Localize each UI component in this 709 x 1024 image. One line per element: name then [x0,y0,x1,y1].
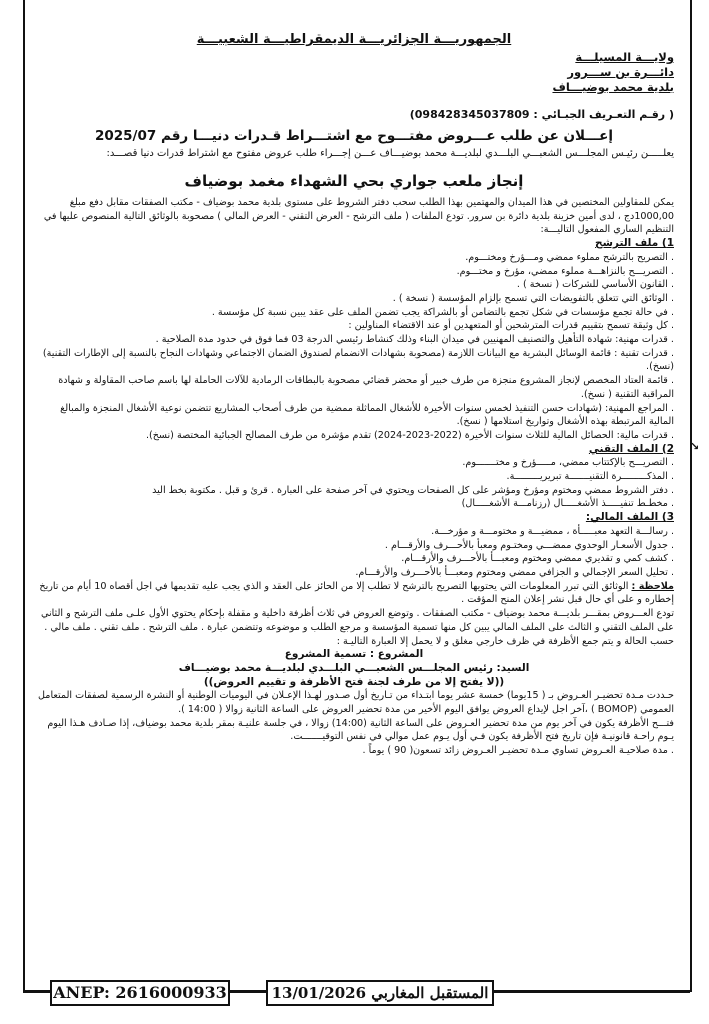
notice-title: إعـــلان عن طلب عـــروض مفتـــوح مع اشتـ… [30,128,678,144]
note-text: الوثائق التي تبرر المعلومات التي يحتويها… [39,581,674,606]
notice-body: يمكن للمقاولين المختصين في هذا الميدان و… [34,196,674,758]
list-item: . التصريح بالترشح مملوء ممضي ومـــؤرخ وم… [34,251,674,265]
validity-paragraph: . مدة صلاحيـة العـروض تساوي مـدة تحضيـر … [34,744,674,758]
envelope-project-label: المشروع : تسمية المشروع [34,648,674,662]
envelope-do-not-open: ((لا يفتح إلا من طرف لجنة فتح الأظرفة و … [34,676,674,690]
list-item: . رسالـــة التعهد معبـــــأة ، ممضيـــة … [34,525,674,539]
note-label: ملاحظة : [632,581,674,592]
list-item: . مخطـط تنفيـــــذ الأشغـــــال (رزنامــ… [34,497,674,511]
list-item: . قائمة العتاد المخصص لإنجاز المشروع منج… [34,374,674,401]
list-item: . القانون الأساسي للشركات ( نسخة ) . [34,278,674,292]
list-item: . التصريـــح بالنزاهـــة مملوء ممضي، مؤر… [34,265,674,279]
footer-line-left [23,991,53,993]
opening-paragraph: فتـــح الأظرفة يكون في آخر يوم من مدة تح… [34,717,674,744]
deposit-paragraph: تودع العـــروض بمقـــر بلديـــة محمد بوض… [34,607,674,648]
publication-footer: ANEP: 2616000933 المستقبل المغاربي 13/01… [0,980,709,1020]
footer-line-middle [228,991,268,993]
list-item: . قدرات تقنية : قائمة الوسائل البشرية مع… [34,347,674,374]
list-item: . التصريـــح بالإكتتاب ممضي، مـــــؤرخ و… [34,456,674,470]
list-item: . قدرات مهنية: شهادة التأهيل والتصنيف ال… [34,333,674,347]
list-item: . في حالة تجمع مؤسسات في شكل تجمع بالتضا… [34,306,674,320]
notice-intro: يعلـــــن رئيـس المجلـــس الشعبـــي البل… [34,148,674,159]
conditions-paragraph: يمكن للمقاولين المختصين في هذا الميدان و… [34,196,674,237]
deadline-paragraph: حـددت مـدة تحضيـر العـروض بـ ( 15يوما) خ… [34,689,674,716]
list-item: . كشف كمي و تقديري ممضي ومختوم ومعبـــأ … [34,552,674,566]
list-item: . تحليل السعر الإجمالي و الجزافي ممضي وم… [34,566,674,580]
section-heading-candidacy: 1) ملف الترشح [34,237,674,251]
scan-mark-icon: ↘ [690,440,699,453]
wilaya-label: ولايـــة المسيلـــة [552,50,674,65]
section-heading-technical: 2) الملف التقني [34,443,674,457]
republic-heading: الجمهوريـــة الجزائريـــة الديمقراطيـــة… [30,32,678,47]
list-item: . كل وثيقة تسمح بتقييم قدرات المترشحين أ… [34,319,674,333]
anep-code: ANEP: 2616000933 [50,980,230,1006]
section-heading-financial: 3) الملف المالي: [34,511,674,525]
list-item: . دفتر الشروط ممضي ومختوم ومؤرخ ومؤشر عل… [34,484,674,498]
note-paragraph: ملاحظة : الوثائق التي تبرر المعلومات الت… [34,580,674,607]
commune-label: بلدية محمد بوضيـــاف [552,80,674,95]
issuing-authority: ولايـــة المسيلـــة دائـــرة بن ســـرور … [552,50,674,95]
envelope-addressee: السيد: رئيس المجلـــس الشعبـــي البلـــد… [34,662,674,676]
newspaper-date: المستقبل المغاربي 13/01/2026 [266,980,494,1006]
list-item: . الوثائق التي تتعلق بالتفويضات التي تسم… [34,292,674,306]
list-item: . المراجع المهنية: (شهادات حسن التنفيذ ل… [34,402,674,429]
project-name: إنجاز ملعب جواري بحي الشهداء مغمد بوضياف [30,172,678,190]
list-item: . قدرات مالية: الحصائل المالية للثلاث سن… [34,429,674,443]
tax-id: ( رقـم التعـريف الجبـائي : 0984283450378… [410,108,674,121]
footer-line-right [492,991,690,993]
daira-label: دائـــرة بن ســـرور [552,65,674,80]
list-item: . المذكـــــــــرة التقنيـــــــة تبريري… [34,470,674,484]
list-item: . جدول الأسعـار الوحدوي ممضـــي ومختـوم … [34,539,674,553]
